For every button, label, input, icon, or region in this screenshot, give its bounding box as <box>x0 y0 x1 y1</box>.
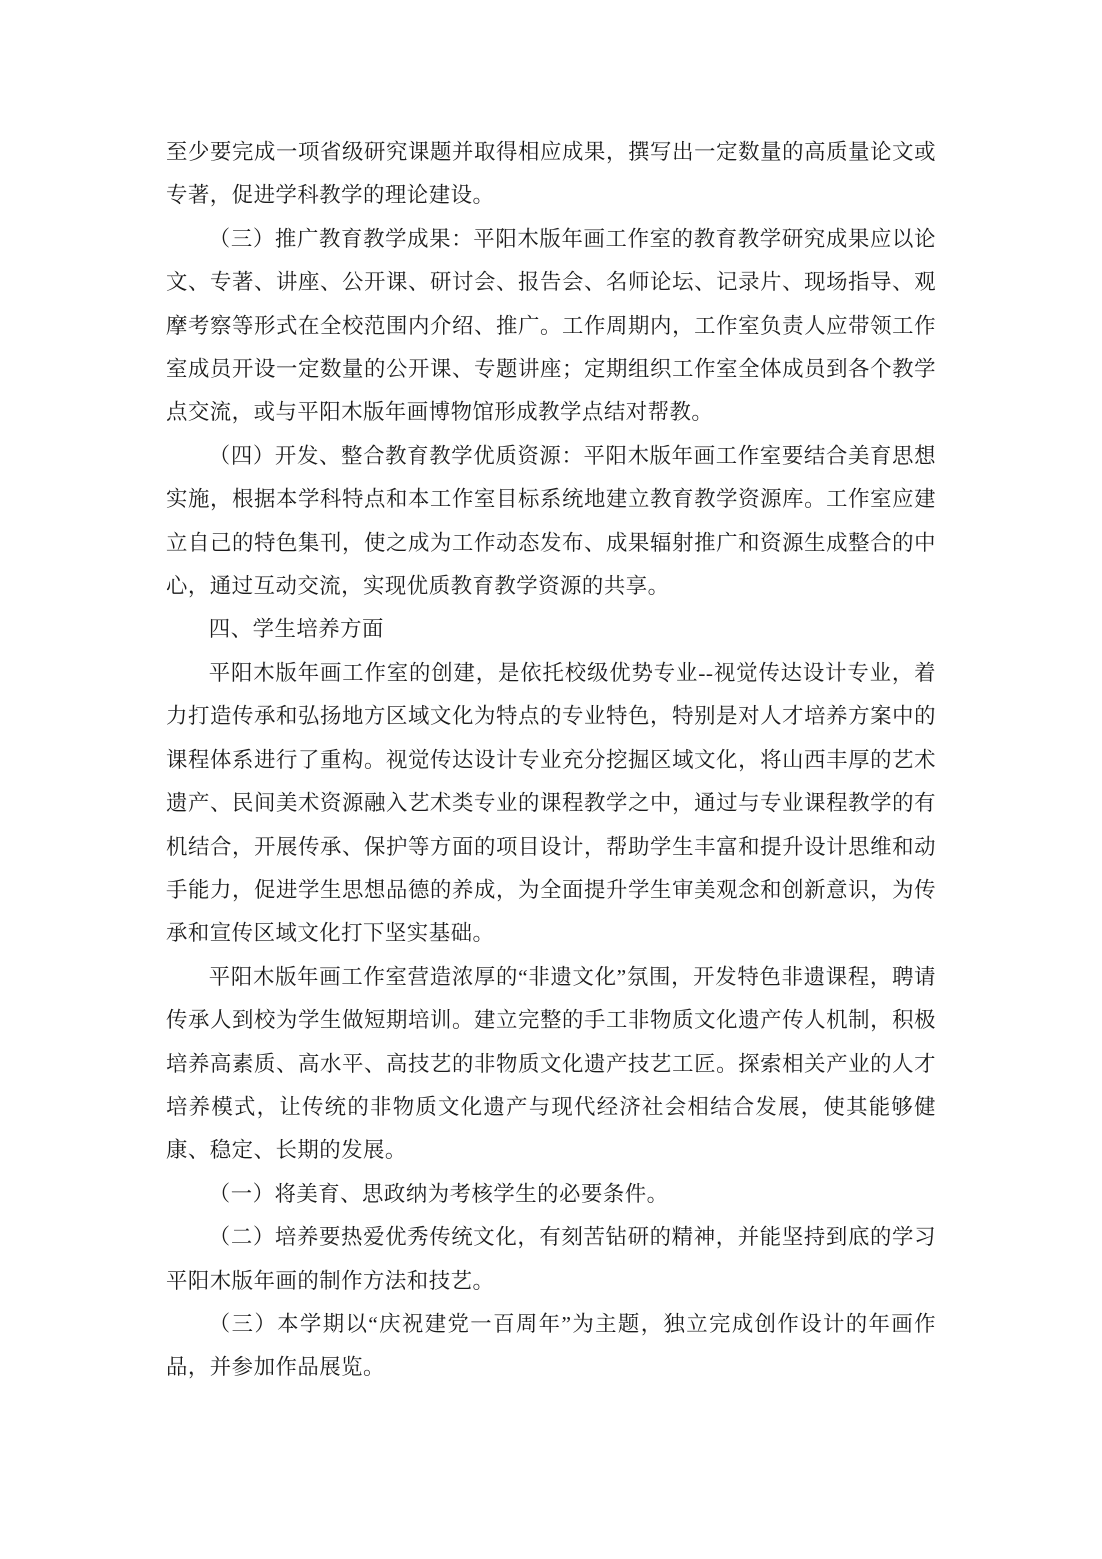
paragraph-intangible-heritage-culture: 平阳木版年画工作室营造浓厚的“非遗文化”氛围，开发特色非遗课程，聘请传承人到校为… <box>166 956 936 1173</box>
paragraph-item-three-theme-work: （三）本学期以“庆祝建党一百周年”为主题，独立完成创作设计的年画作品，并参加作品… <box>166 1303 936 1390</box>
section-heading-student-cultivation: 四、学生培养方面 <box>166 608 936 651</box>
paragraph-item-three-promote-results: （三）推广教育教学成果：平阳木版年画工作室的教育教学研究成果应以论文、专著、讲座… <box>166 218 936 435</box>
paragraph-item-one-assessment: （一）将美育、思政纳为考核学生的必要条件。 <box>166 1173 936 1216</box>
paragraph-item-two-cultivation: （二）培养要热爱优秀传统文化，有刻苦钻研的精神，并能坚持到底的学习平阳木版年画的… <box>166 1216 936 1303</box>
paragraph-continuation: 至少要完成一项省级研究课题并取得相应成果，撰写出一定数量的高质量论文或专著，促进… <box>166 131 936 218</box>
document-body: 至少要完成一项省级研究课题并取得相应成果，撰写出一定数量的高质量论文或专著，促进… <box>166 131 936 1390</box>
paragraph-item-four-develop-resources: （四）开发、整合教育教学优质资源：平阳木版年画工作室要结合美育思想实施，根据本学… <box>166 435 936 609</box>
paragraph-studio-founding: 平阳木版年画工作室的创建，是依托校级优势专业--视觉传达设计专业，着力打造传承和… <box>166 652 936 956</box>
document-page: 至少要完成一项省级研究课题并取得相应成果，撰写出一定数量的高质量论文或专著，促进… <box>0 0 1102 1559</box>
